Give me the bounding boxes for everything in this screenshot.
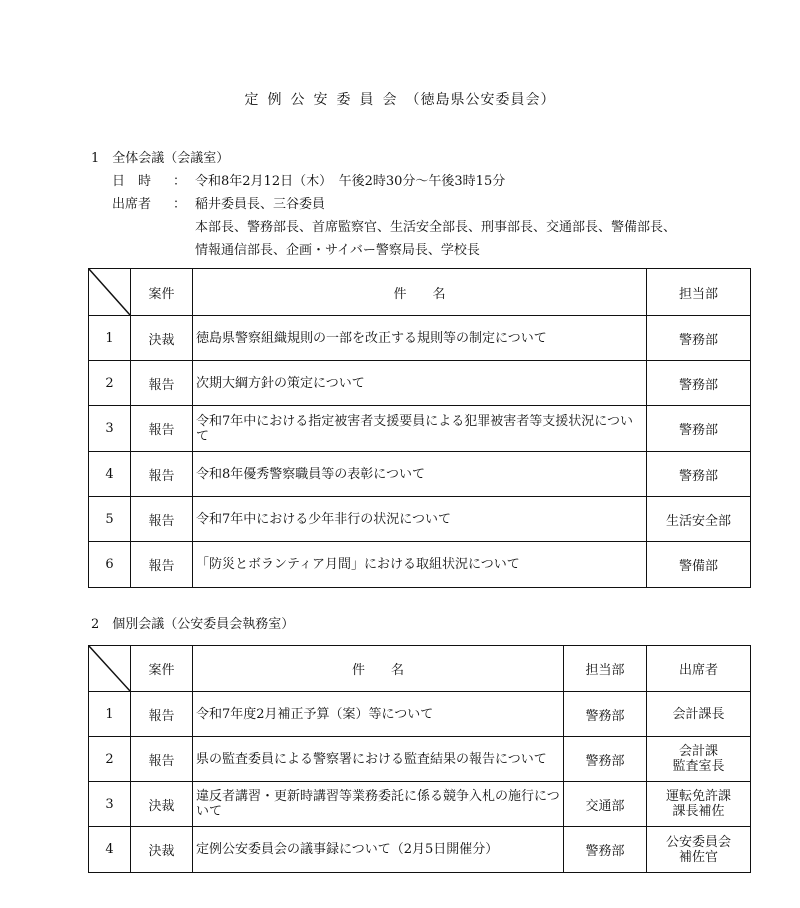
header-type: 案件 [131, 646, 193, 692]
section2-heading: 2 個別会議（公安委員会執務室） [91, 613, 294, 632]
row-dept: 警務部 [564, 737, 647, 782]
diagonal-line-icon [89, 269, 130, 315]
table-row: 3 決裁 違反者講習・更新時講習等業務委託に係る競争入札の施行について 交通部 … [89, 782, 751, 827]
row-dept: 警備部 [647, 542, 751, 588]
attendee-line1: 公安委員会 [650, 835, 747, 850]
row-type: 報告 [131, 406, 193, 452]
row-type: 決裁 [131, 316, 193, 361]
attendee-line1: 運転免許課 [650, 789, 747, 804]
attendee-line2: 補佐官 [650, 850, 747, 865]
datetime-value: 令和8年2月12日（木） 午後2時30分～午後3時15分 [195, 170, 505, 189]
attendee-line1: 会計課 [650, 744, 747, 759]
attendees-line3: 情報通信部長、企画・サイバー警察局長、学校長 [195, 239, 480, 258]
table-row: 6 報告 「防災とボランティア月間」における取組状況について 警備部 [89, 542, 751, 588]
row-dept: 警務部 [647, 316, 751, 361]
row-dept: 警務部 [564, 827, 647, 873]
header-dept: 担当部 [564, 646, 647, 692]
row-dept: 生活安全部 [647, 497, 751, 542]
row-number: 3 [89, 782, 131, 827]
table-header-row: 案件 件 名 担当部 出席者 [89, 646, 751, 692]
row-type: 報告 [131, 692, 193, 737]
row-dept: 警務部 [647, 406, 751, 452]
attendees-line1: 稲井委員長、三谷委員 [195, 193, 325, 212]
plenary-agenda-table: 案件 件 名 担当部 1 決裁 徳島県警察組織規則の一部を改正する規則等の制定に… [88, 268, 751, 588]
title-main: 定例公安委員会 [245, 92, 406, 108]
row-name: 令和7年度2月補正予算（案）等について [193, 692, 564, 737]
table-row: 2 報告 次期大綱方針の策定について 警務部 [89, 361, 751, 406]
attendee-line2: 課長補佐 [650, 804, 747, 819]
section1-heading: 1 全体会議（会議室） [91, 147, 229, 166]
row-number: 3 [89, 406, 131, 452]
diagonal-corner-cell [89, 646, 131, 692]
row-name: 県の監査委員による警察署における監査結果の報告について [193, 737, 564, 782]
diagonal-corner-cell [89, 269, 131, 316]
table-row: 5 報告 令和7年中における少年非行の状況について 生活安全部 [89, 497, 751, 542]
table-header-row: 案件 件 名 担当部 [89, 269, 751, 316]
attendees-label: 出席者 [112, 193, 151, 212]
row-number: 5 [89, 497, 131, 542]
row-dept: 警務部 [647, 452, 751, 497]
header-name: 件 名 [193, 646, 564, 692]
attendee-line2: 監査室長 [650, 759, 747, 774]
row-name: 次期大綱方針の策定について [193, 361, 647, 406]
row-number: 2 [89, 361, 131, 406]
row-number: 1 [89, 316, 131, 361]
row-type: 報告 [131, 497, 193, 542]
table-row: 1 報告 令和7年度2月補正予算（案）等について 警務部 会計課長 [89, 692, 751, 737]
row-attendee: 会計課監査室長 [647, 737, 751, 782]
row-name: 令和7年中における少年非行の状況について [193, 497, 647, 542]
datetime-colon: ： [173, 170, 186, 189]
row-number: 6 [89, 542, 131, 588]
datetime-label: 日 時 [112, 170, 151, 189]
attendees-line2: 本部長、警務部長、首席監察官、生活安全部長、刑事部長、交通部長、警備部長、 [195, 216, 676, 235]
diagonal-line-icon [89, 646, 130, 691]
table-row: 2 報告 県の監査委員による警察署における監査結果の報告について 警務部 会計課… [89, 737, 751, 782]
row-name: 定例公安委員会の議事録について（2月5日開催分） [193, 827, 564, 873]
table-row: 4 決裁 定例公安委員会の議事録について（2月5日開催分） 警務部 公安委員会補… [89, 827, 751, 873]
row-attendee: 運転免許課課長補佐 [647, 782, 751, 827]
table-row: 4 報告 令和8年優秀警察職員等の表彰について 警務部 [89, 452, 751, 497]
attendees-colon: ： [173, 193, 186, 212]
row-type: 報告 [131, 737, 193, 782]
row-attendee: 会計課長 [647, 692, 751, 737]
row-attendee: 公安委員会補佐官 [647, 827, 751, 873]
row-number: 2 [89, 737, 131, 782]
row-name: 「防災とボランティア月間」における取組状況について [193, 542, 647, 588]
document-title: 定例公安委員会（徳島県公安委員会） [0, 89, 800, 109]
header-type: 案件 [131, 269, 193, 316]
row-number: 1 [89, 692, 131, 737]
individual-agenda-table: 案件 件 名 担当部 出席者 1 報告 令和7年度2月補正予算（案）等について … [88, 645, 751, 873]
row-number: 4 [89, 827, 131, 873]
table-row: 1 決裁 徳島県警察組織規則の一部を改正する規則等の制定について 警務部 [89, 316, 751, 361]
row-name: 徳島県警察組織規則の一部を改正する規則等の制定について [193, 316, 647, 361]
row-type: 報告 [131, 361, 193, 406]
table-row: 3 報告 令和7年中における指定被害者支援要員による犯罪被害者等支援状況について… [89, 406, 751, 452]
attendee-line1: 会計課長 [650, 707, 747, 722]
row-dept: 警務部 [647, 361, 751, 406]
header-name: 件 名 [193, 269, 647, 316]
header-attendee: 出席者 [647, 646, 751, 692]
row-name: 令和7年中における指定被害者支援要員による犯罪被害者等支援状況について [193, 406, 647, 452]
row-type: 決裁 [131, 782, 193, 827]
row-number: 4 [89, 452, 131, 497]
header-dept: 担当部 [647, 269, 751, 316]
row-dept: 交通部 [564, 782, 647, 827]
row-dept: 警務部 [564, 692, 647, 737]
row-type: 報告 [131, 542, 193, 588]
row-type: 決裁 [131, 827, 193, 873]
row-type: 報告 [131, 452, 193, 497]
title-sub: （徳島県公安委員会） [406, 92, 556, 108]
row-name: 令和8年優秀警察職員等の表彰について [193, 452, 647, 497]
row-name: 違反者講習・更新時講習等業務委託に係る競争入札の施行について [193, 782, 564, 827]
